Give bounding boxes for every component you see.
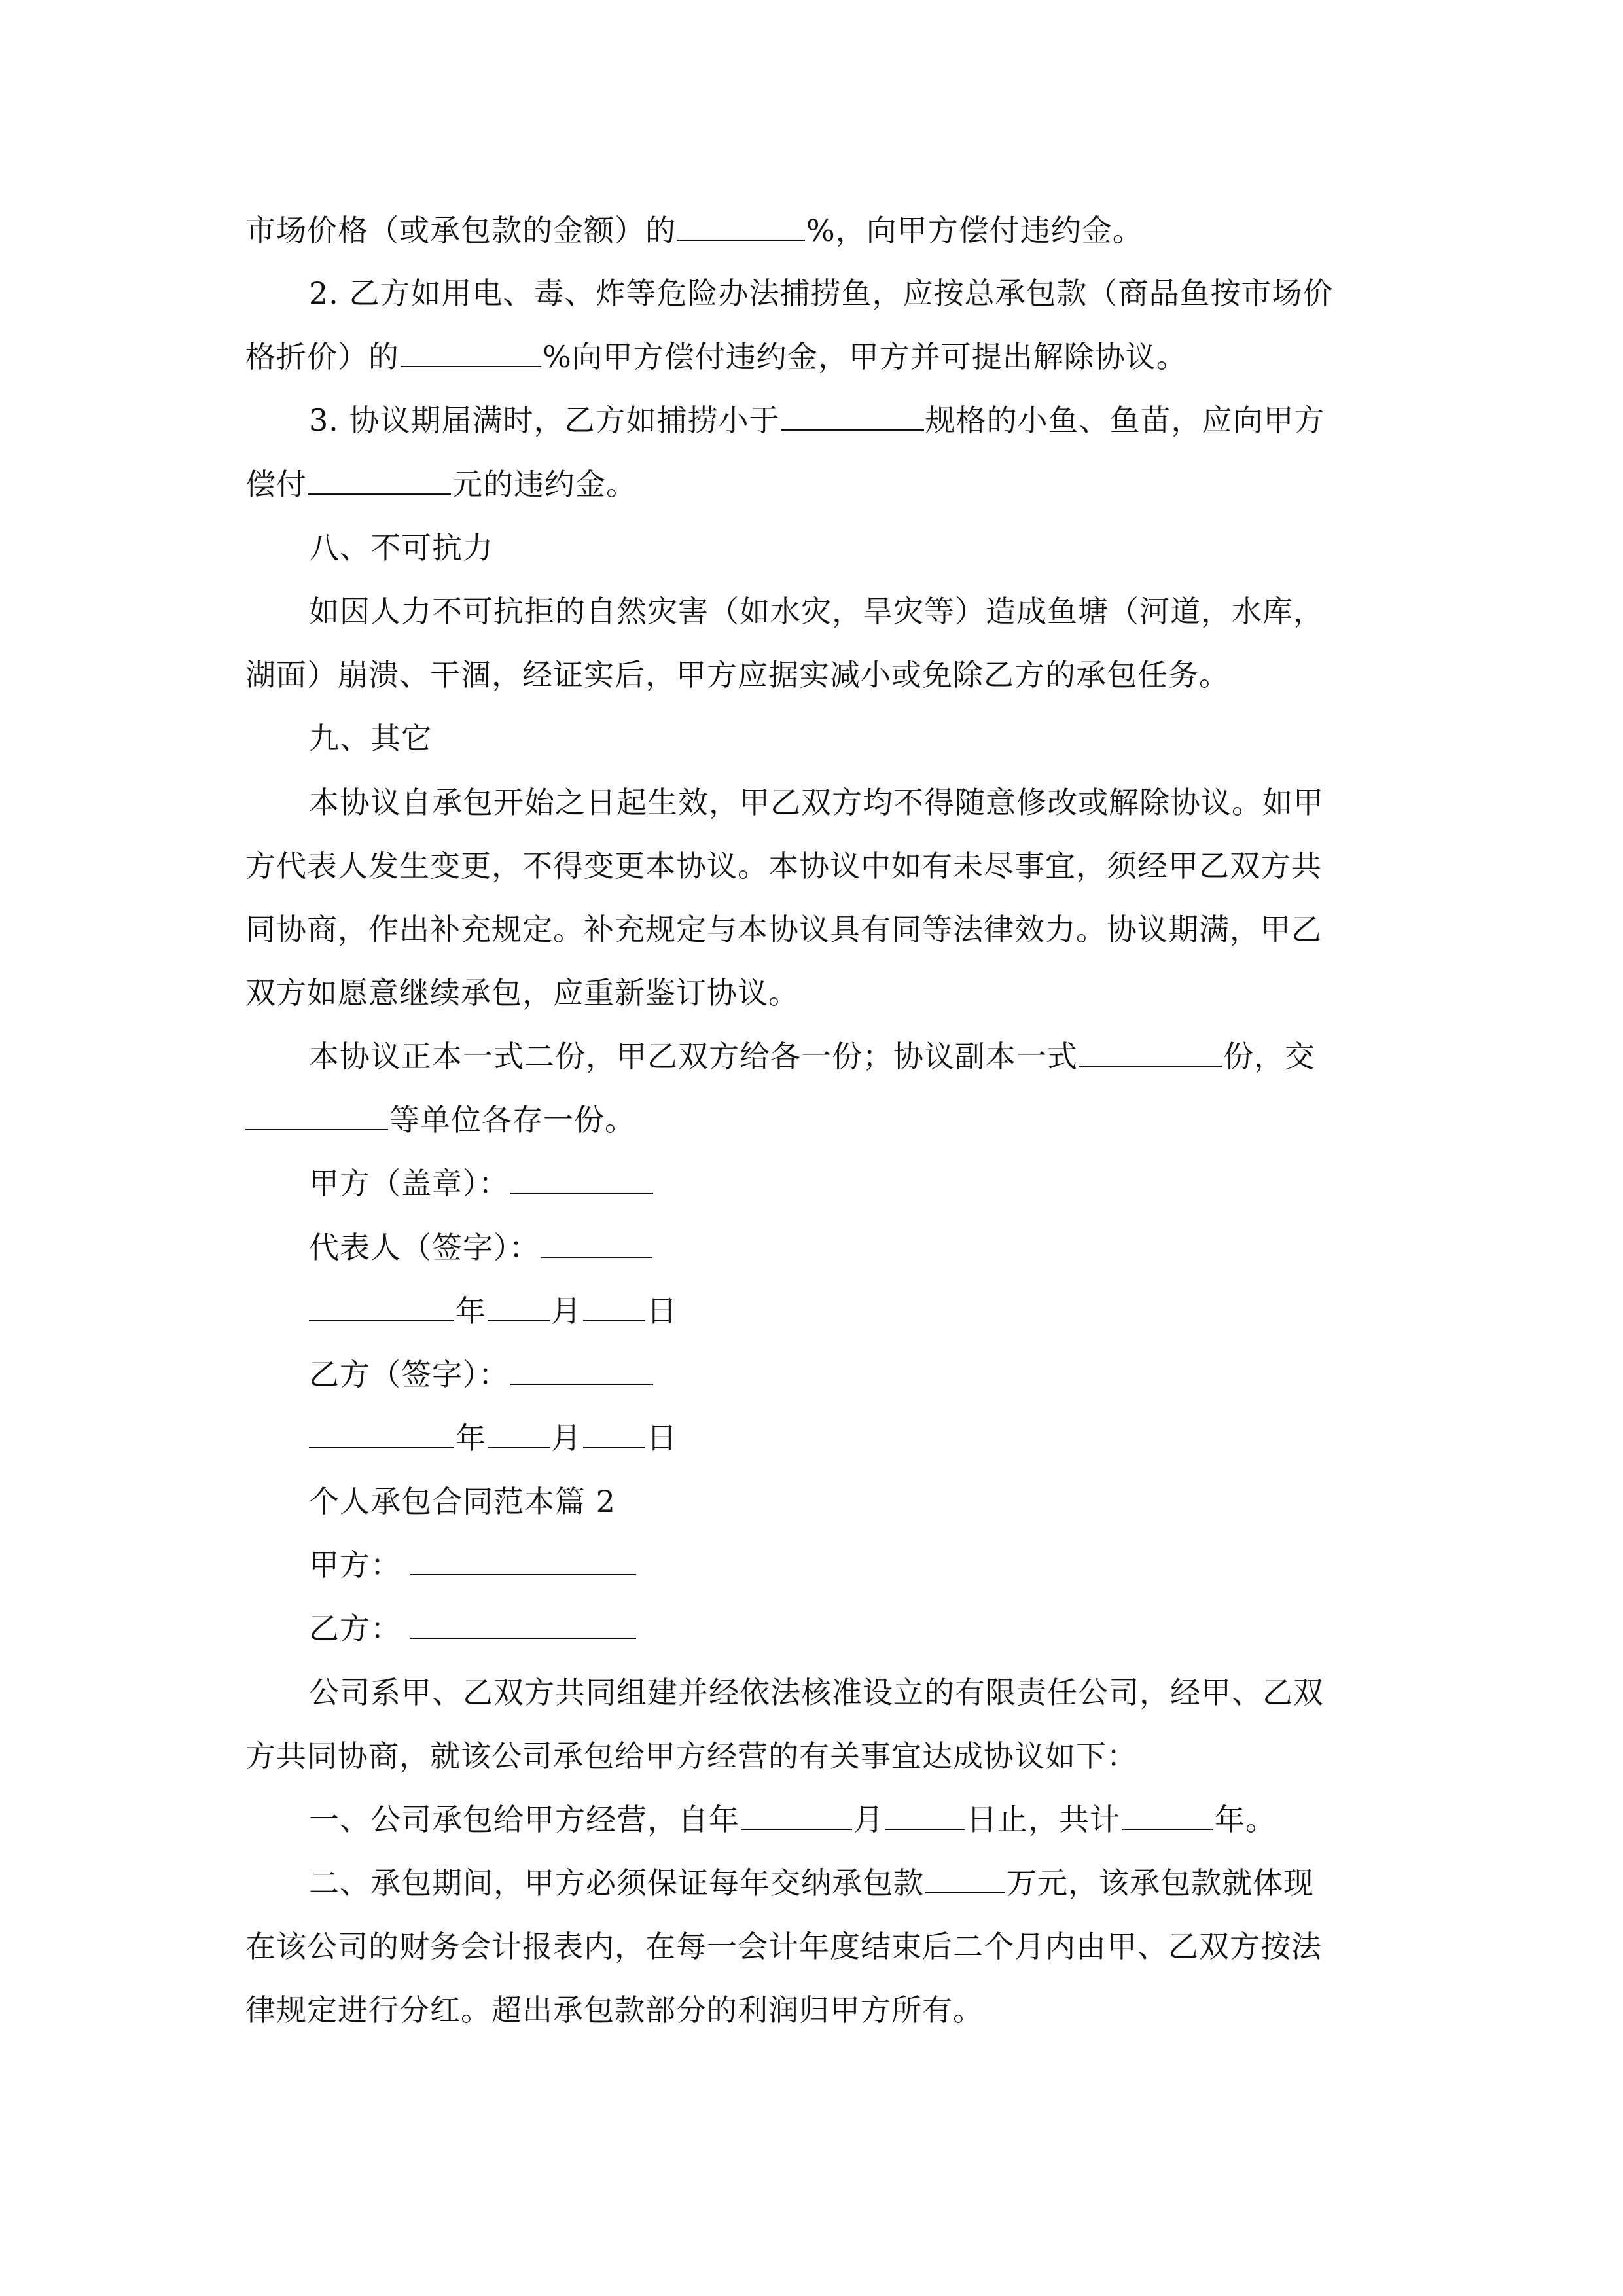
text-segment: 如因人力不可抗拒的自然灾害（如水灾，旱灾等）造成鱼塘（河道，水库， bbox=[309, 594, 1324, 629]
label-text: 甲方（盖章）： bbox=[309, 1166, 509, 1201]
clause-2-payment: 二、承包期间，甲方必须保证每年交纳承包款万元，该承包款就体现 bbox=[309, 1863, 1314, 1903]
fill-blank-month[interactable] bbox=[741, 1800, 852, 1830]
preamble-paragraph: 公司系甲、乙双方共同组建并经依法核准设立的有限责任公司，经甲、乙双 bbox=[309, 1673, 1324, 1712]
penalty-clause-3: 3. 协议期届满时，乙方如捕捞小于规格的小鱼、鱼苗，应向甲方 bbox=[309, 401, 1325, 440]
fill-blank-day[interactable] bbox=[885, 1800, 965, 1830]
fill-blank-size[interactable] bbox=[781, 401, 924, 431]
penalty-clause-2-cont: 格折价）的%向甲方偿付违约金，甲方并可提出解除协议。 bbox=[245, 337, 1187, 376]
contract-template-2-title: 个人承包合同范本篇 2 bbox=[309, 1482, 616, 1521]
fill-blank-percent[interactable] bbox=[677, 211, 805, 241]
text-segment: 万元，该承包款就体现 bbox=[1007, 1865, 1314, 1901]
penalty-clause-2: 2. 乙方如用电、毒、炸等危险办法捕捞鱼，应按总承包款（商品鱼按市场价 bbox=[309, 274, 1334, 313]
text-segment: 方共同协商，就该公司承包给甲方经营的有关事宜达成协议如下： bbox=[245, 1738, 1137, 1774]
document-page: 市场价格（或承包款的金额）的%，向甲方偿付违约金。 2. 乙方如用电、毒、炸等危… bbox=[0, 0, 1623, 2296]
text-segment: 二、承包期间，甲方必须保证每年交纳承包款 bbox=[309, 1865, 924, 1901]
fill-blank-amount[interactable] bbox=[925, 1863, 1005, 1893]
text-segment: 方代表人发生变更，不得变更本协议。本协议中如有未尽事宜，须经甲乙双方共 bbox=[245, 848, 1322, 884]
representative-sign-field[interactable] bbox=[541, 1228, 652, 1258]
text-segment: 律规定进行分红。超出承包款部分的利润归甲方所有。 bbox=[245, 1992, 984, 2028]
text-segment: 市场价格（或承包款的金额）的 bbox=[245, 213, 676, 248]
text-segment: 规格的小鱼、鱼苗，应向甲方 bbox=[925, 403, 1325, 438]
month-label: 月 bbox=[551, 1293, 582, 1329]
clause-2-payment-end: 律规定进行分红。超出承包款部分的利润归甲方所有。 bbox=[245, 1990, 984, 2030]
text-segment: 本协议自承包开始之日起生效，甲乙双方均不得随意修改或解除协议。如甲 bbox=[309, 785, 1324, 820]
fill-blank-amount[interactable] bbox=[308, 465, 451, 495]
text-segment: 份，交 bbox=[1223, 1039, 1315, 1074]
other-paragraph-1-cont: 同协商，作出补充规定。补充规定与本协议具有同等法律效力。协议期满，甲乙 bbox=[245, 910, 1322, 949]
year-field[interactable] bbox=[309, 1291, 454, 1321]
force-majeure-paragraph: 如因人力不可抗拒的自然灾害（如水灾，旱灾等）造成鱼塘（河道，水库， bbox=[309, 592, 1324, 631]
party-a-date-line: 年月日 bbox=[309, 1291, 677, 1331]
day-label: 日 bbox=[647, 1293, 677, 1329]
text-segment: %向甲方偿付违约金，甲方并可提出解除协议。 bbox=[543, 339, 1187, 374]
section-heading-other: 九、其它 bbox=[309, 719, 432, 758]
label-text: 甲方： bbox=[309, 1547, 401, 1583]
day-field[interactable] bbox=[583, 1418, 645, 1448]
section-heading-force-majeure: 八、不可抗力 bbox=[309, 528, 493, 567]
copies-paragraph: 本协议正本一式二份，甲乙双方给各一份；协议副本一式份，交 bbox=[309, 1037, 1315, 1076]
other-paragraph-1-cont: 方代表人发生变更，不得变更本协议。本协议中如有未尽事宜，须经甲乙双方共 bbox=[245, 846, 1322, 886]
text-segment: 等单位各存一份。 bbox=[389, 1102, 635, 1138]
month-label: 月 bbox=[551, 1420, 582, 1456]
label-text: 代表人（签字）： bbox=[309, 1230, 540, 1265]
label-text: 乙方（签字）： bbox=[309, 1357, 509, 1392]
copies-paragraph-cont: 等单位各存一份。 bbox=[245, 1100, 635, 1139]
year-label: 年 bbox=[455, 1420, 486, 1456]
force-majeure-paragraph-cont: 湖面）崩溃、干涸，经证实后，甲方应据实减小或免除乙方的承包任务。 bbox=[245, 655, 1230, 694]
month-field[interactable] bbox=[488, 1418, 550, 1448]
clause-1-term: 一、公司承包给甲方经营，自年月日止，共计年。 bbox=[309, 1800, 1276, 1839]
text-segment: 日止，共计 bbox=[967, 1802, 1120, 1837]
clause-2-payment-cont: 在该公司的财务会计报表内，在每一会计年度结束后二个月内由甲、乙双方按法 bbox=[245, 1927, 1322, 1966]
fill-blank-units[interactable] bbox=[245, 1100, 388, 1130]
party-b-date-line: 年月日 bbox=[309, 1418, 677, 1458]
party-b-sign-field[interactable] bbox=[510, 1355, 653, 1385]
party-b-field[interactable] bbox=[410, 1609, 636, 1639]
text-segment: 一、公司承包给甲方经营，自年 bbox=[309, 1802, 740, 1837]
text-segment: %，向甲方偿付违约金。 bbox=[806, 213, 1143, 248]
fill-blank-copies[interactable] bbox=[1079, 1037, 1222, 1067]
other-paragraph-1: 本协议自承包开始之日起生效，甲乙双方均不得随意修改或解除协议。如甲 bbox=[309, 783, 1324, 822]
party-a-field[interactable] bbox=[410, 1545, 636, 1575]
text-segment: 3. 协议期届满时，乙方如捕捞小于 bbox=[309, 403, 780, 438]
fill-blank-percent[interactable] bbox=[401, 337, 541, 367]
heading-text: 八、不可抗力 bbox=[309, 530, 493, 565]
heading-text: 九、其它 bbox=[309, 721, 432, 756]
party-a-seal-field[interactable] bbox=[510, 1164, 653, 1194]
fill-blank-years[interactable] bbox=[1122, 1800, 1213, 1830]
penalty-clause-3-cont: 偿付元的违约金。 bbox=[245, 465, 637, 504]
party-b-sign-line: 乙方（签字）： bbox=[309, 1355, 654, 1394]
text-segment: 同协商，作出补充规定。补充规定与本协议具有同等法律效力。协议期满，甲乙 bbox=[245, 912, 1322, 947]
representative-sign-line: 代表人（签字）： bbox=[309, 1228, 654, 1267]
month-field[interactable] bbox=[488, 1291, 550, 1321]
year-field[interactable] bbox=[309, 1418, 454, 1448]
text-segment: 双方如愿意继续承包，应重新鉴订协议。 bbox=[245, 975, 799, 1011]
preamble-paragraph-cont: 方共同协商，就该公司承包给甲方经营的有关事宜达成协议如下： bbox=[245, 1736, 1137, 1776]
year-label: 年 bbox=[455, 1293, 486, 1329]
heading-text: 个人承包合同范本篇 2 bbox=[309, 1484, 616, 1519]
penalty-clause-1-end: 市场价格（或承包款的金额）的%，向甲方偿付违约金。 bbox=[245, 211, 1143, 250]
text-segment: 元的违约金。 bbox=[452, 467, 637, 502]
day-field[interactable] bbox=[583, 1291, 645, 1321]
party-b-line: 乙方： bbox=[309, 1609, 637, 1648]
text-segment: 偿付 bbox=[245, 467, 307, 502]
day-label: 日 bbox=[647, 1420, 677, 1456]
text-segment: 2. 乙方如用电、毒、炸等危险办法捕捞鱼，应按总承包款（商品鱼按市场价 bbox=[309, 276, 1334, 311]
text-segment: 公司系甲、乙双方共同组建并经依法核准设立的有限责任公司，经甲、乙双 bbox=[309, 1675, 1324, 1710]
text-segment: 在该公司的财务会计报表内，在每一会计年度结束后二个月内由甲、乙双方按法 bbox=[245, 1929, 1322, 1964]
text-segment: 年。 bbox=[1215, 1802, 1276, 1837]
party-a-seal-line: 甲方（盖章）： bbox=[309, 1164, 654, 1203]
label-text: 乙方： bbox=[309, 1611, 401, 1646]
text-segment: 格折价）的 bbox=[245, 339, 399, 374]
other-paragraph-1-end: 双方如愿意继续承包，应重新鉴订协议。 bbox=[245, 973, 799, 1013]
text-segment: 月 bbox=[853, 1802, 884, 1837]
text-segment: 本协议正本一式二份，甲乙双方给各一份；协议副本一式 bbox=[309, 1039, 1078, 1074]
text-segment: 湖面）崩溃、干涸，经证实后，甲方应据实减小或免除乙方的承包任务。 bbox=[245, 657, 1230, 692]
party-a-line: 甲方： bbox=[309, 1545, 637, 1585]
